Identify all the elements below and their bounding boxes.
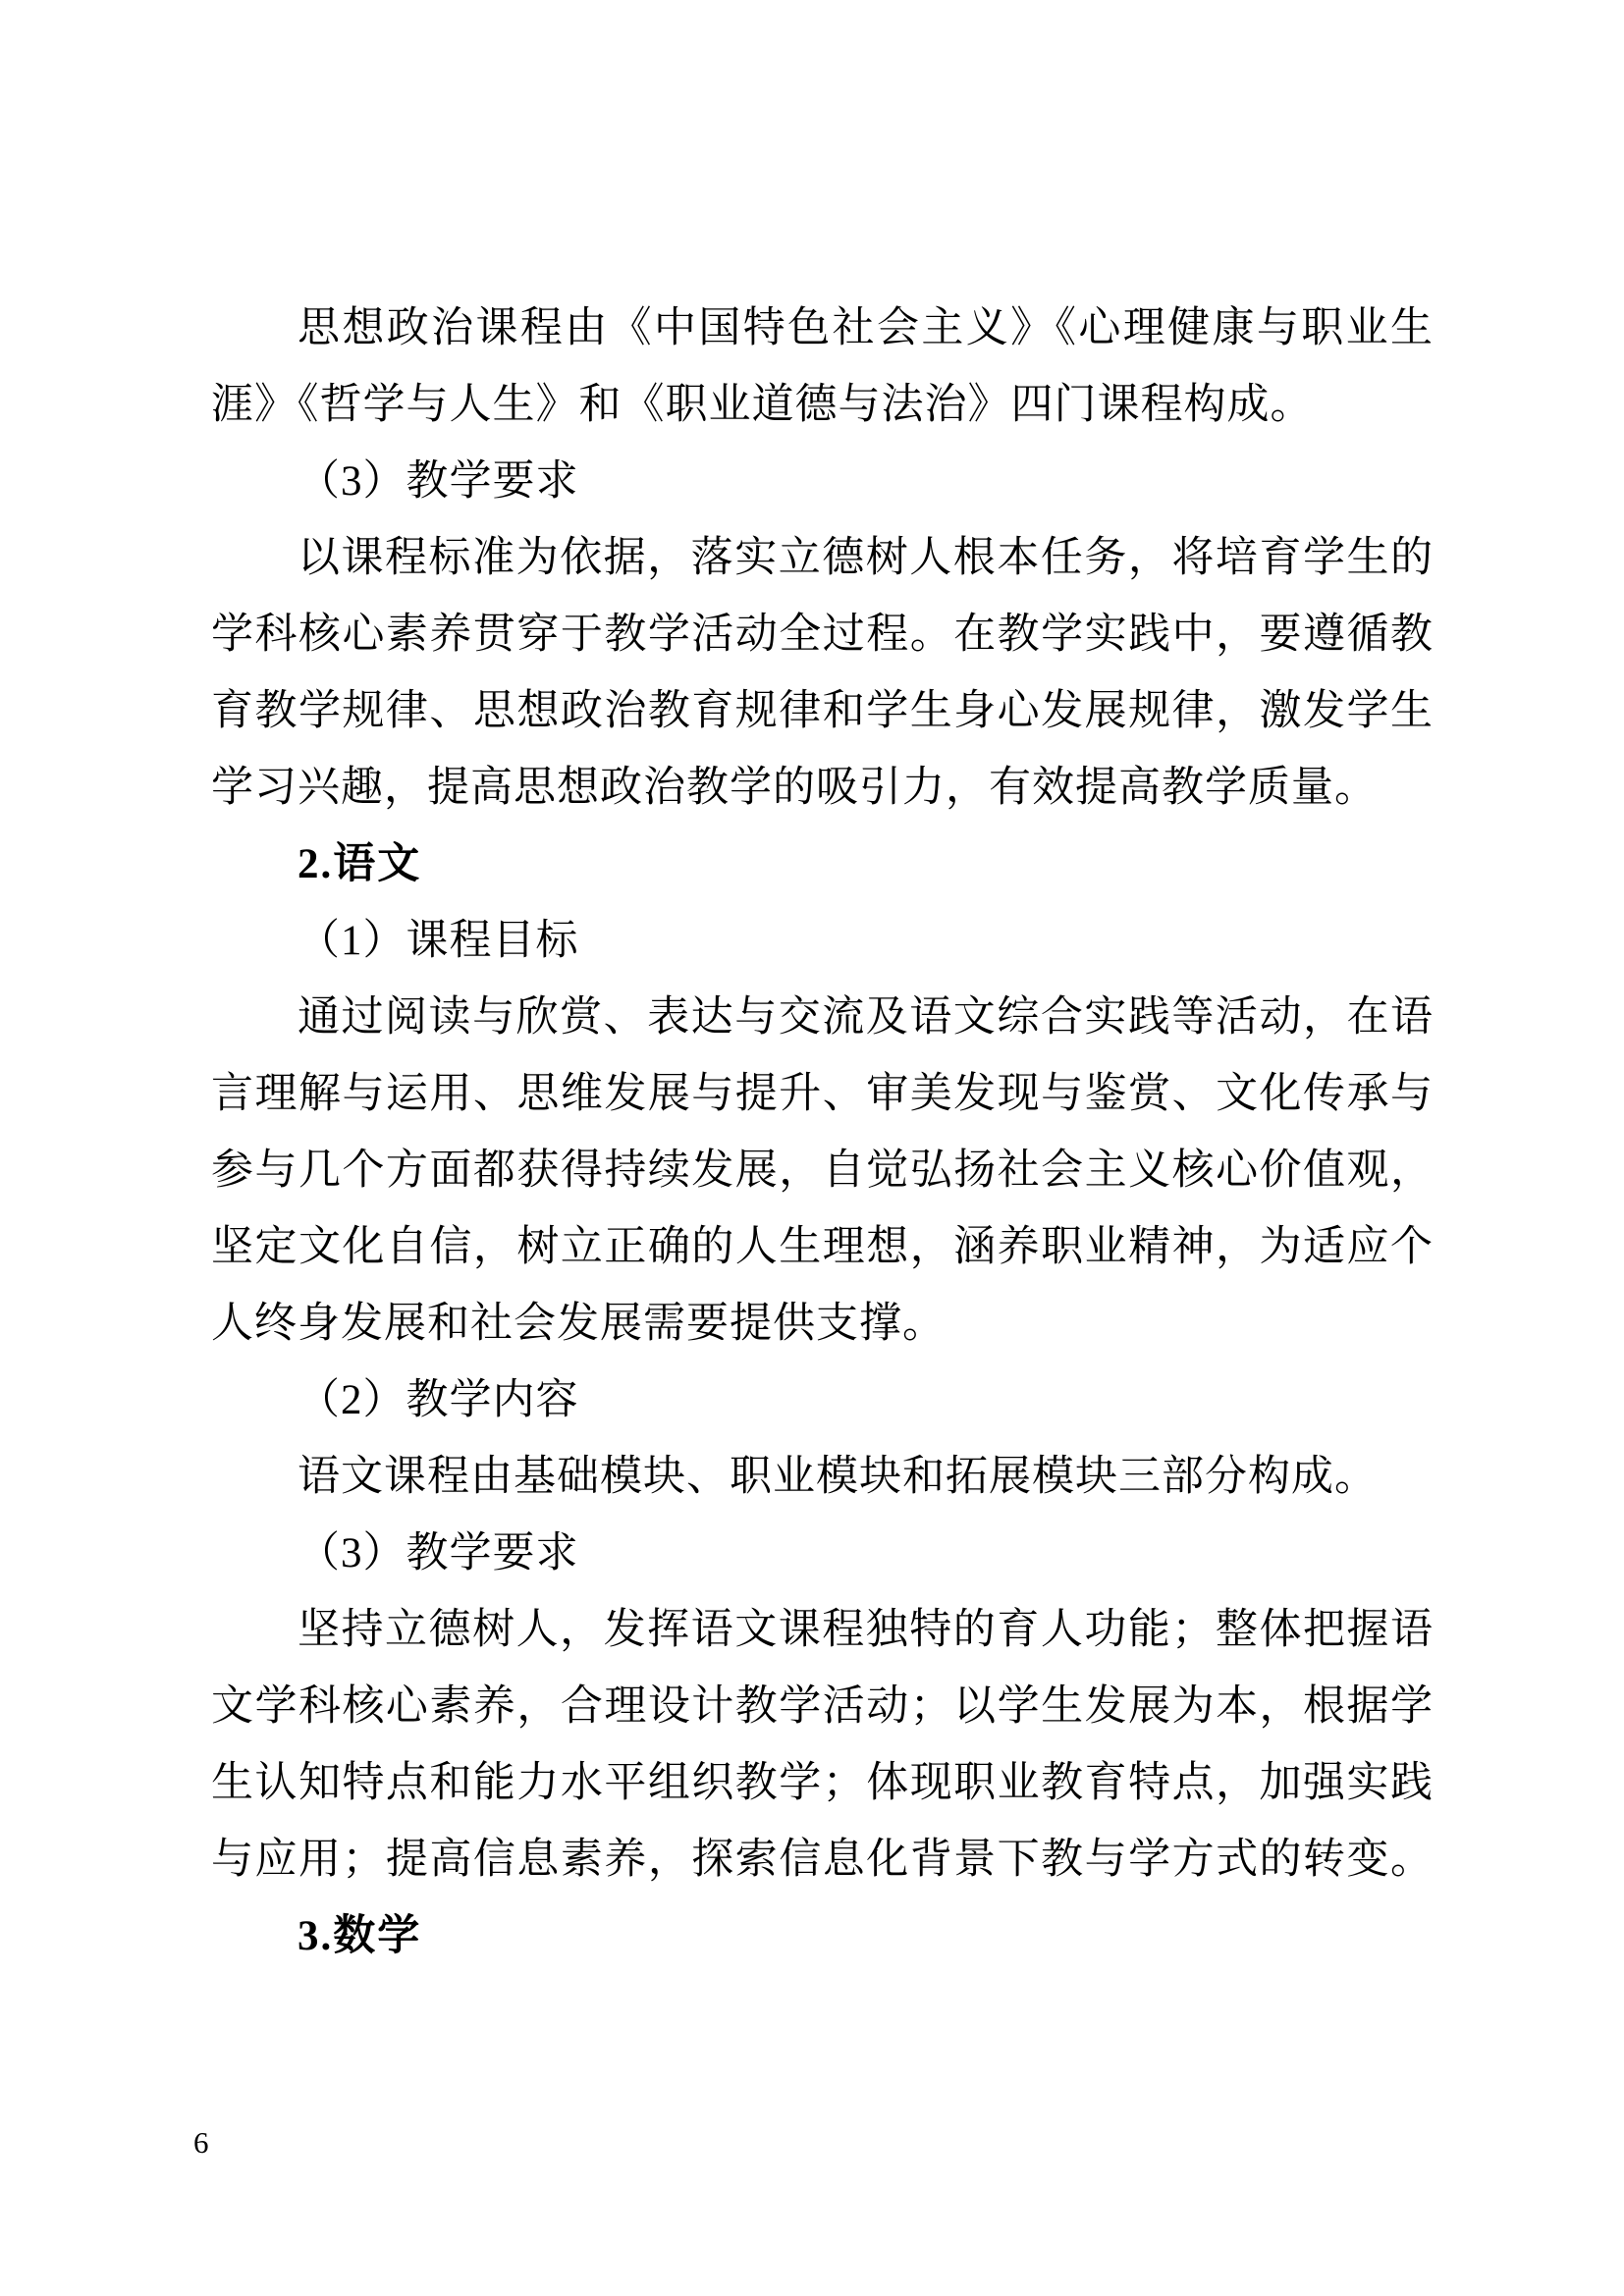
body-text-line: 学科核心素养贯穿于教学活动全过程。在教学实践中，要遵循教 [211,597,1434,673]
subsection-heading: （1）课程目标 [211,903,1434,980]
body-text-line: 学习兴趣，提高思想政治教学的吸引力，有效提高教学质量。 [211,750,1434,827]
subsection-heading: （3）教学要求 [211,1516,1434,1592]
body-text-line: 育教学规律、思想政治教育规律和学生身心发展规律，激发学生 [211,673,1434,750]
section-heading-math: 3.数学 [211,1898,1434,1975]
body-text-line: 通过阅读与欣赏、表达与交流及语文综合实践等活动，在语 [211,980,1434,1056]
body-text-line: 生认知特点和能力水平组织教学；体现职业教育特点，加强实践 [211,1745,1434,1822]
document-body: 思想政治课程由《中国特色社会主义》《心理健康与职业生 涯》《哲学与人生》和《职业… [211,291,1434,1975]
body-text-line: 语文课程由基础模块、职业模块和拓展模块三部分构成。 [211,1439,1434,1516]
body-text-line: 思想政治课程由《中国特色社会主义》《心理健康与职业生 [211,291,1434,367]
subsection-heading: （3）教学要求 [211,444,1434,520]
body-text-line: 人终身发展和社会发展需要提供支撑。 [211,1286,1434,1362]
subsection-heading: （2）教学内容 [211,1362,1434,1439]
page-number: 6 [193,2123,209,2163]
body-text-line: 与应用；提高信息素养，探索信息化背景下教与学方式的转变。 [211,1822,1434,1898]
body-text-line: 坚定文化自信，树立正确的人生理想，涵养职业精神，为适应个 [211,1209,1434,1286]
body-text-line: 坚持立德树人，发挥语文课程独特的育人功能；整体把握语 [211,1592,1434,1669]
body-text-line: 文学科核心素养，合理设计教学活动；以学生发展为本，根据学 [211,1669,1434,1745]
body-text-line: 言理解与运用、思维发展与提升、审美发现与鉴赏、文化传承与 [211,1056,1434,1133]
body-text-line: 涯》《哲学与人生》和《职业道德与法治》四门课程构成。 [211,367,1434,444]
body-text-line: 以课程标准为依据，落实立德树人根本任务，将培育学生的 [211,520,1434,597]
document-page: 思想政治课程由《中国特色社会主义》《心理健康与职业生 涯》《哲学与人生》和《职业… [0,0,1624,2296]
body-text-line: 参与几个方面都获得持续发展，自觉弘扬社会主义核心价值观， [211,1133,1434,1209]
section-heading-chinese: 2.语文 [211,827,1434,903]
